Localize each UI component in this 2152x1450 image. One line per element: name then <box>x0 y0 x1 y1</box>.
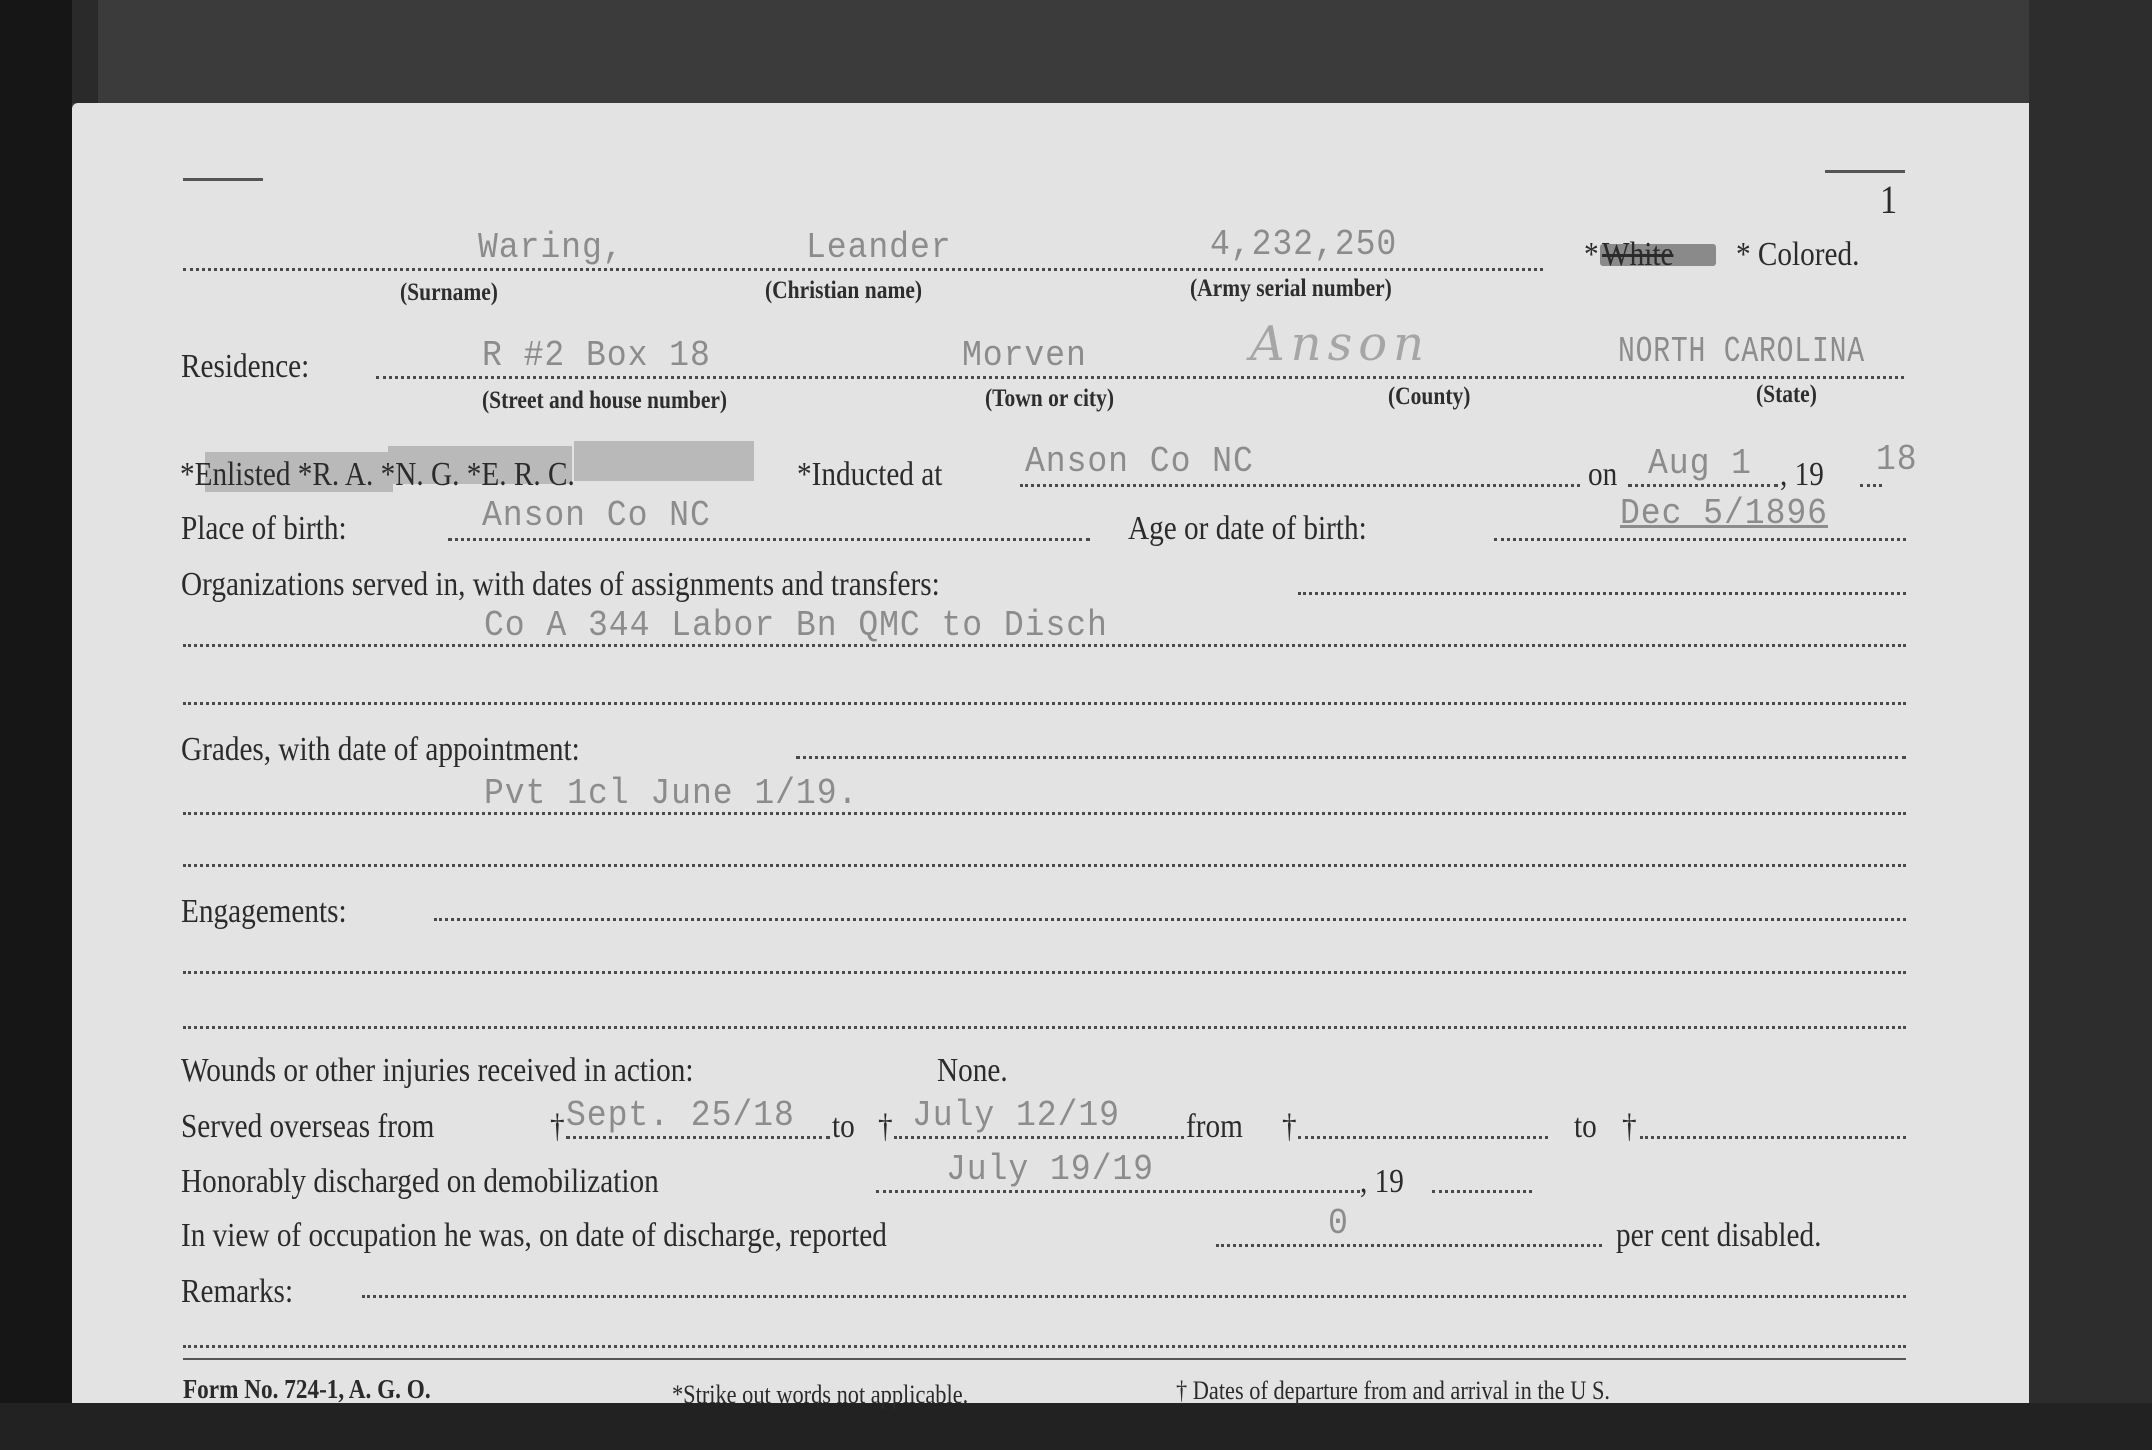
scanner-background-right <box>2029 0 2152 1450</box>
discharge-date-value: July 19/19 <box>946 1152 1154 1188</box>
disability-suffix: per cent disabled. <box>1616 1219 1821 1253</box>
scanner-edge-left <box>0 0 72 1450</box>
overseas-from-line-2 <box>1298 1136 1548 1139</box>
surname-value: Waring, <box>478 230 624 266</box>
organizations-value: Co A 344 Labor Bn QMC to Disch <box>484 608 1108 644</box>
residence-town-value: Morven <box>962 338 1087 374</box>
engagements-line-1 <box>434 918 1906 921</box>
strikeout-shade-ng <box>574 441 754 481</box>
grades-line-2 <box>183 812 1906 815</box>
enlistment-options: *Enlisted *R. A. *N. G. *E. R. C. <box>180 458 575 492</box>
disability-value: 0 <box>1328 1206 1349 1242</box>
footnote-strike-out: *Strike out words not applicable. <box>672 1382 968 1408</box>
inducted-at-value: Anson Co NC <box>1025 444 1254 480</box>
surname-caption: (Surname) <box>400 280 498 305</box>
wounds-label: Wounds or other injuries received in act… <box>181 1054 693 1088</box>
top-left-rule <box>183 178 263 181</box>
place-of-birth-line <box>448 538 1090 541</box>
organizations-label: Organizations served in, with dates of a… <box>181 568 940 602</box>
residence-county-value: Anson <box>1250 320 1430 368</box>
residence-label: Residence: <box>181 350 309 384</box>
engagements-label: Engagements: <box>181 895 347 929</box>
christian-name-caption: (Christian name) <box>765 278 922 303</box>
grades-value: Pvt 1cl June 1/19. <box>484 776 858 812</box>
served-overseas-label: Served overseas from <box>181 1110 434 1144</box>
induction-year-prefix: , 19 <box>1780 458 1824 492</box>
town-caption: (Town or city) <box>985 386 1114 411</box>
place-of-birth-value: Anson Co NC <box>482 498 711 534</box>
top-right-rule <box>1825 170 1905 173</box>
place-of-birth-label: Place of birth: <box>181 512 347 546</box>
race-white-option: White <box>1602 238 1673 272</box>
engagements-line-3 <box>183 1026 1906 1029</box>
induction-date-line <box>1628 484 1778 487</box>
overseas-from-label-2: from <box>1186 1110 1243 1144</box>
race-colored-option: * Colored. <box>1736 238 1859 272</box>
name-row-line <box>183 268 1543 271</box>
residence-line <box>376 376 1904 379</box>
discharge-year-prefix: , 19 <box>1360 1165 1404 1199</box>
overseas-dagger-2: † <box>878 1110 893 1144</box>
footnote-dates: † Dates of departure from and arrival in… <box>1176 1378 1610 1404</box>
remarks-label: Remarks: <box>181 1275 293 1309</box>
date-of-birth-value: Dec 5/1896 <box>1620 496 1828 532</box>
grades-line-3 <box>183 864 1906 867</box>
grades-line-1 <box>796 756 1906 759</box>
overseas-dagger-4: † <box>1622 1110 1637 1144</box>
scanner-edge-left-inner <box>72 0 98 103</box>
discharge-label: Honorably discharged on demobilization <box>181 1165 659 1199</box>
overseas-dagger-3: † <box>1282 1110 1297 1144</box>
on-label: on <box>1588 458 1617 492</box>
residence-state-value: NORTH CAROLINA <box>1618 334 1865 370</box>
organizations-line-3 <box>183 702 1906 705</box>
date-of-birth-line <box>1494 538 1906 541</box>
inducted-label: *Inducted at <box>797 458 942 492</box>
grades-label: Grades, with date of appointment: <box>181 733 580 767</box>
county-caption: (County) <box>1388 384 1470 409</box>
race-white-prefix: * <box>1584 238 1599 272</box>
discharge-date-line <box>876 1190 1360 1193</box>
scanner-background-bottom <box>0 1403 2152 1450</box>
remarks-line-1 <box>362 1295 1906 1298</box>
overseas-from-line-1 <box>566 1136 830 1139</box>
date-of-birth-label: Age or date of birth: <box>1128 512 1367 546</box>
overseas-to-label-1: to <box>832 1110 855 1144</box>
serial-number-value: 4,232,250 <box>1210 227 1397 263</box>
induction-year-line <box>1860 484 1882 487</box>
page-number: 1 <box>1880 180 1897 220</box>
organizations-line-2 <box>183 644 1906 647</box>
footer-rule <box>183 1358 1906 1360</box>
overseas-to-1-value: July 12/19 <box>912 1098 1120 1134</box>
disability-label: In view of occupation he was, on date of… <box>181 1219 887 1253</box>
state-caption: (State) <box>1756 382 1817 407</box>
disability-line <box>1216 1244 1602 1247</box>
christian-name-value: Leander <box>806 230 952 266</box>
overseas-to-line-1 <box>894 1136 1184 1139</box>
street-caption: (Street and house number) <box>482 388 727 413</box>
engagements-line-2 <box>183 971 1906 974</box>
inducted-line <box>1020 484 1580 487</box>
induction-date-value: Aug 1 <box>1648 446 1752 482</box>
overseas-to-label-2: to <box>1574 1110 1597 1144</box>
remarks-line-2 <box>183 1345 1906 1348</box>
organizations-line-1 <box>1298 592 1906 595</box>
form-number: Form No. 724-1, A. G. O. <box>183 1376 431 1403</box>
overseas-dagger-1: † <box>550 1110 565 1144</box>
discharge-year-line <box>1432 1190 1532 1193</box>
overseas-to-line-2 <box>1640 1136 1906 1139</box>
wounds-value: None. <box>937 1054 1008 1088</box>
serial-number-caption: (Army serial number) <box>1190 276 1392 301</box>
overseas-from-1-value: Sept. 25/18 <box>566 1098 795 1134</box>
residence-street-value: R #2 Box 18 <box>482 338 711 374</box>
induction-year-value: 18 <box>1876 442 1918 478</box>
